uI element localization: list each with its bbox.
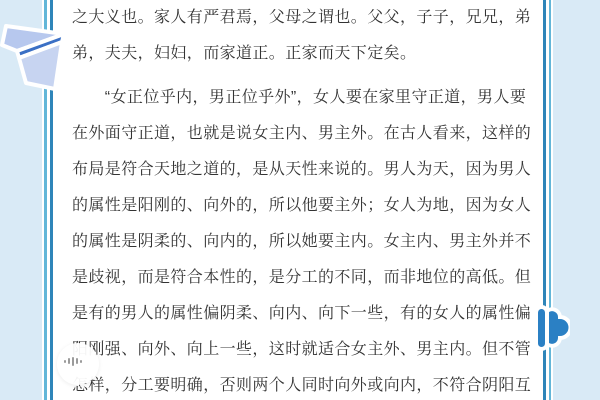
article-text: 之大义也。家人有严君焉，父母之谓也。父父，子子，兄兄，弟 弟，夫夫，妇妇，而家道…	[72, 0, 542, 400]
text-line: 怎样，分工要明确，否则两个人同时向外或向内，不符合阴阳互	[72, 368, 542, 400]
text-line: 是歧视，而是符合本性的，是分工的不同，而非地位的高低。但	[72, 260, 542, 296]
text-line: 的属性是阳刚的、向外的，所以他要主外；女人为地，因为女人	[72, 188, 542, 224]
audio-waveform-icon	[64, 356, 82, 366]
page-frame: 之大义也。家人有严君焉，父母之谓也。父父，子子，兄兄，弟 弟，夫夫，妇妇，而家道…	[0, 0, 600, 400]
text-line: 阳刚强、向外、向上一些，这时就适合女主外、男主内。但不管	[72, 332, 542, 368]
paper-plane-icon	[0, 19, 71, 97]
text-line: 之大义也。家人有严君焉，父母之谓也。父父，子子，兄兄，弟	[72, 0, 542, 36]
text-line: 布局是符合天地之道的，是从天性来说的。男人为天，因为男人	[72, 152, 542, 188]
text-line: 弟，夫夫，妇妇，而家道正。正家而天下定矣。	[72, 36, 542, 72]
text-line: “女正位乎内，男正位乎外”，女人要在家里守正道，男人要	[72, 80, 542, 116]
text-line: 是有的男人的属性偏阴柔、向内、向下一些，有的女人的属性偏	[72, 296, 542, 332]
voice-assistant-button[interactable]	[57, 343, 99, 385]
text-line: 的属性是阴柔的、向内的，所以她要主内。女主内、男主外并不	[72, 224, 542, 260]
text-line: 在外面守正道，也就是说女主内、男主外。在古人看来，这样的	[72, 116, 542, 152]
puzzle-blob-icon	[528, 299, 570, 357]
